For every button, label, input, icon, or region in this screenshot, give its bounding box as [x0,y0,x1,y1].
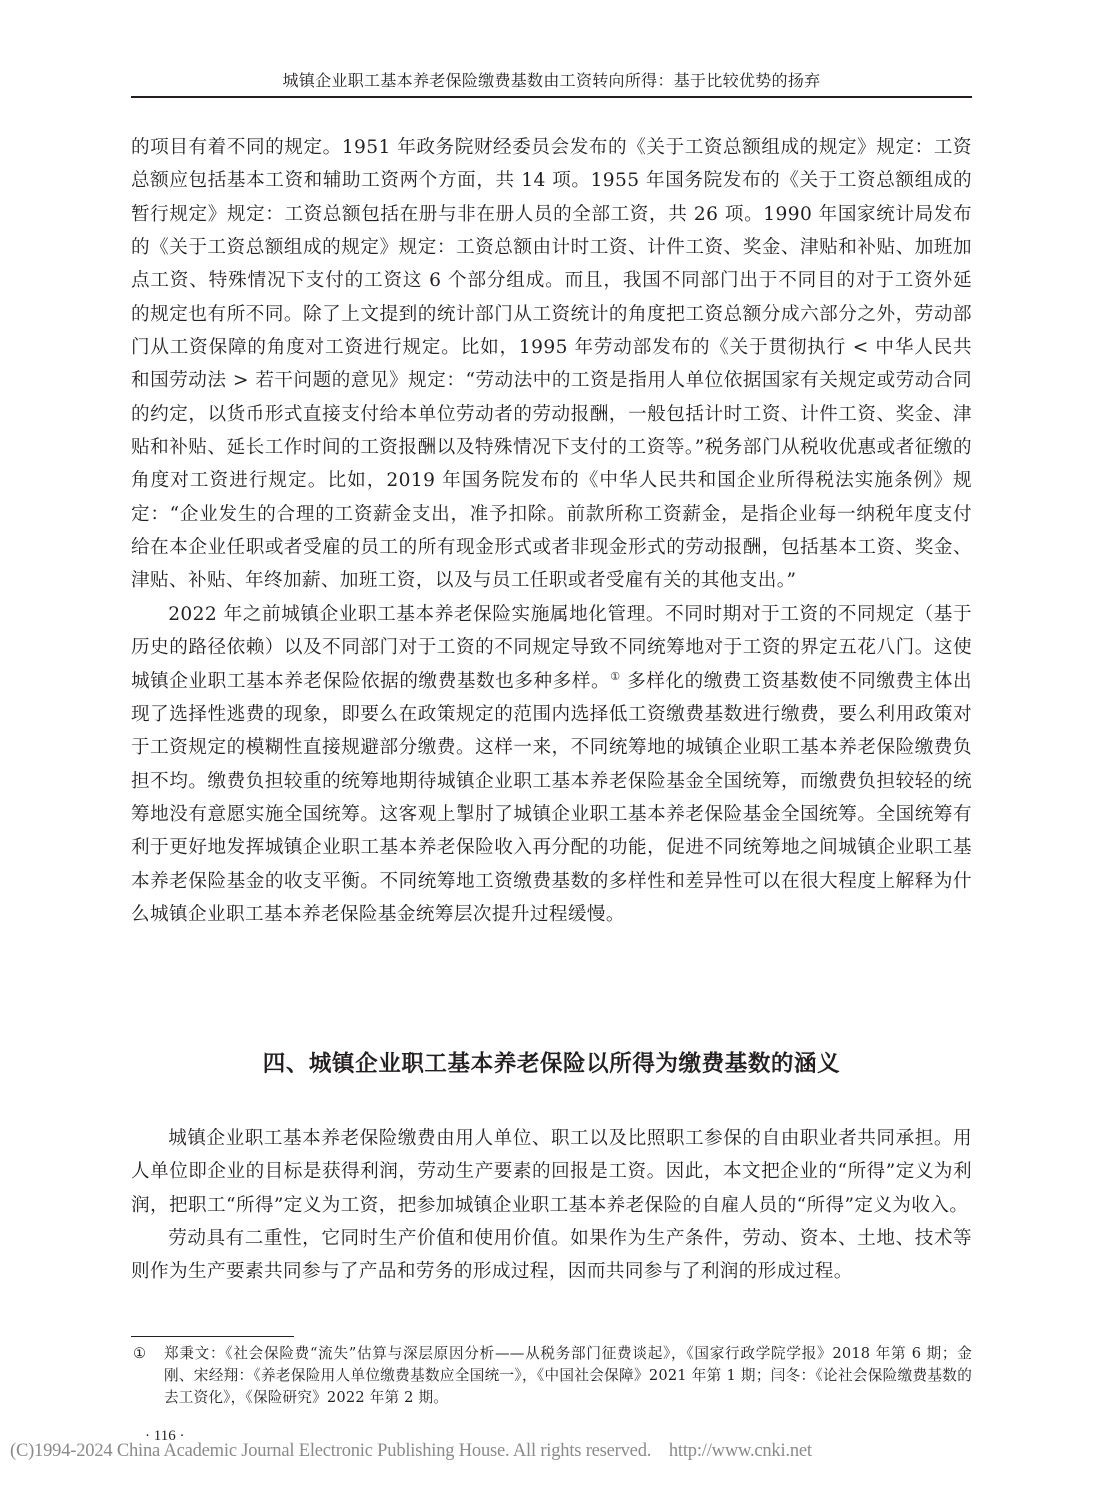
footnote-divider [131,1336,294,1337]
footnote-text: 郑秉文：《社会保险费“流失”估算与深层原因分析——从税务部门征费谈起》，《国家行… [164,1345,972,1406]
section-1-body: 的项目有着不同的规定。1951 年政务院财经委员会发布的《关于工资总额组成的规定… [131,131,972,931]
paragraph-2: 2022 年之前城镇企业职工基本养老保险实施属地化管理。不同时期对于工资的不同规… [131,598,972,931]
running-header-title: 城镇企业职工基本养老保险缴费基数由工资转向所得：基于比较优势的扬弃 [131,68,972,91]
section-heading: 四、城镇企业职工基本养老保险以所得为缴费基数的涵义 [131,1046,972,1078]
paragraph-2-text-b: 多样化的缴费工资基数使不同缴费主体出现了选择性逃费的现象，即要么在政策规定的范围… [131,671,972,925]
paragraph-3: 城镇企业职工基本养老保险缴费由用人单位、职工以及比照职工参保的自由职业者共同承担… [131,1122,972,1222]
paragraph-4: 劳动具有二重性，它同时生产价值和使用价值。如果作为生产条件，劳动、资本、土地、技… [131,1222,972,1289]
footnote-1: ① 郑秉文：《社会保险费“流失”估算与深层原因分析——从税务部门征费谈起》，《国… [131,1343,972,1408]
copyright-watermark: (C)1994-2024 China Academic Journal Elec… [10,1441,812,1462]
footnote-reference-1[interactable]: ① [610,669,620,682]
footnote-marker: ① [133,1343,146,1365]
section-2-body: 城镇企业职工基本养老保险缴费由用人单位、职工以及比照职工参保的自由职业者共同承担… [131,1122,972,1289]
header-rule [131,96,972,98]
footnotes: ① 郑秉文：《社会保险费“流失”估算与深层原因分析——从税务部门征费谈起》，《国… [131,1343,972,1408]
paragraph-1: 的项目有着不同的规定。1951 年政务院财经委员会发布的《关于工资总额组成的规定… [131,131,972,598]
